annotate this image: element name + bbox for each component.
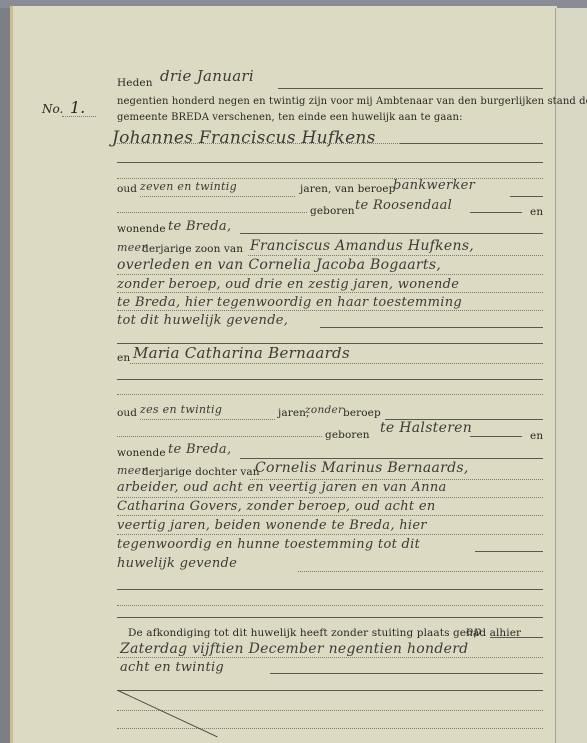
- label-beroep: beroep: [343, 407, 381, 419]
- hw-bride-name: Maria Catharina Bernaards: [133, 344, 350, 362]
- rule: [117, 292, 543, 293]
- label-en-bride: en: [117, 352, 130, 364]
- rule: [490, 637, 543, 638]
- hw-bride-parents-2: Catharina Govers, zonder beroep, oud ach…: [117, 499, 436, 514]
- rule: [320, 327, 543, 328]
- printed-line2: gemeente BREDA verschenen, ten einde een…: [117, 112, 463, 123]
- label-geboren: geboren: [310, 205, 355, 217]
- rule: [117, 515, 543, 516]
- hw-bride-parents-1: arbeider, oud acht en veertig jaren en v…: [117, 480, 447, 495]
- hw-groom-parents-1: overleden en van Cornelia Jacoba Bogaart…: [117, 257, 441, 273]
- rule: [117, 143, 400, 144]
- rule: [140, 196, 295, 197]
- label-wonende-bride: wonende: [117, 447, 166, 459]
- rule: [117, 617, 543, 618]
- rule: [117, 274, 543, 275]
- rule: [117, 605, 543, 606]
- hw-groom-birthplace: te Roosendaal: [355, 198, 452, 213]
- hw-groom-parents-4: tot dit huwelijk gevende,: [117, 313, 288, 328]
- hw-bride-occupation: zonder: [305, 404, 343, 416]
- rule: [130, 363, 543, 364]
- hw-bride-parents-3: veertig jaren, beiden wonende te Breda, …: [117, 518, 427, 533]
- rule: [248, 255, 543, 256]
- hw-groom-parents-0: Franciscus Amandus Hufkens,: [250, 238, 474, 254]
- hw-groom-name: Johannes Franciscus Hufkens: [112, 128, 376, 148]
- hw-bride-parents-0: Cornelis Marinus Bernaards,: [255, 460, 469, 476]
- hw-groom-age: zeven en twintig: [140, 180, 237, 193]
- hw-groom-occupation: bankwerker: [393, 178, 475, 193]
- printed-line1: negentien honderd negen en twintig zijn …: [117, 96, 587, 107]
- hw-groom-parents-3: te Breda, hier tegenwoordig en haar toes…: [117, 295, 462, 310]
- rule: [117, 212, 307, 213]
- page-edge: [10, 6, 13, 743]
- label-dochter-van: derjarige dochter van: [142, 466, 260, 478]
- hw-bride-parents-5: huwelijk gevende: [117, 556, 237, 571]
- rule: [400, 143, 543, 144]
- rule: [510, 196, 543, 197]
- label-zoon-van: derjarige zoon van: [142, 243, 243, 255]
- rule: [298, 571, 543, 572]
- hw-bride-parents-4: tegenwoordig en hunne toestemming tot di…: [117, 537, 420, 552]
- rule: [117, 690, 543, 691]
- label-jaren-beroep: jaren, van beroep: [300, 183, 395, 195]
- rule: [278, 88, 543, 89]
- rule: [470, 212, 522, 213]
- hw-groom-residence: te Breda,: [168, 219, 231, 234]
- rule: [240, 233, 543, 234]
- label-oud: oud: [117, 183, 137, 195]
- rule: [475, 551, 543, 552]
- label-geboren-bride: geboren: [325, 429, 370, 441]
- rule: [117, 394, 543, 395]
- label-heden: Heden: [117, 77, 153, 89]
- hw-bride-residence: te Breda,: [168, 442, 231, 457]
- rule: [117, 710, 543, 711]
- hw-date: drie Januari: [160, 67, 254, 85]
- printed-afkondiging: De afkondiging tot dit huwelijk heeft zo…: [128, 627, 521, 639]
- hw-bride-age: zes en twintig: [140, 403, 222, 416]
- rule: [140, 419, 275, 420]
- rule: [117, 589, 543, 590]
- label-wonende: wonende: [117, 223, 166, 235]
- rule: [117, 657, 543, 658]
- rule: [117, 310, 543, 311]
- rule: [240, 458, 543, 459]
- rule: [62, 116, 96, 117]
- hw-proclamation-2: acht en twintig: [120, 660, 224, 675]
- label-en-2: en: [530, 430, 543, 442]
- label-en: en: [530, 206, 543, 218]
- label-oud-bride: oud: [117, 407, 137, 419]
- record-number: 1.: [70, 98, 85, 117]
- hw-bride-birthplace: te Halsteren: [380, 420, 472, 436]
- rule: [117, 436, 322, 437]
- rule: [117, 728, 543, 729]
- rule: [117, 497, 543, 498]
- next-page-edge: [555, 8, 587, 743]
- rule: [270, 673, 543, 674]
- rule: [117, 178, 543, 179]
- hw-proclamation-1: Zaterdag vijftien December negentien hon…: [120, 641, 468, 657]
- rule: [117, 162, 543, 163]
- hw-groom-parents-2: zonder beroep, oud drie en zestig jaren,…: [117, 277, 459, 292]
- rule: [117, 534, 543, 535]
- record-number-label: No.: [42, 102, 63, 116]
- rule: [117, 379, 543, 380]
- rule: [470, 436, 522, 437]
- hw-proclamation-0: op: [466, 624, 482, 638]
